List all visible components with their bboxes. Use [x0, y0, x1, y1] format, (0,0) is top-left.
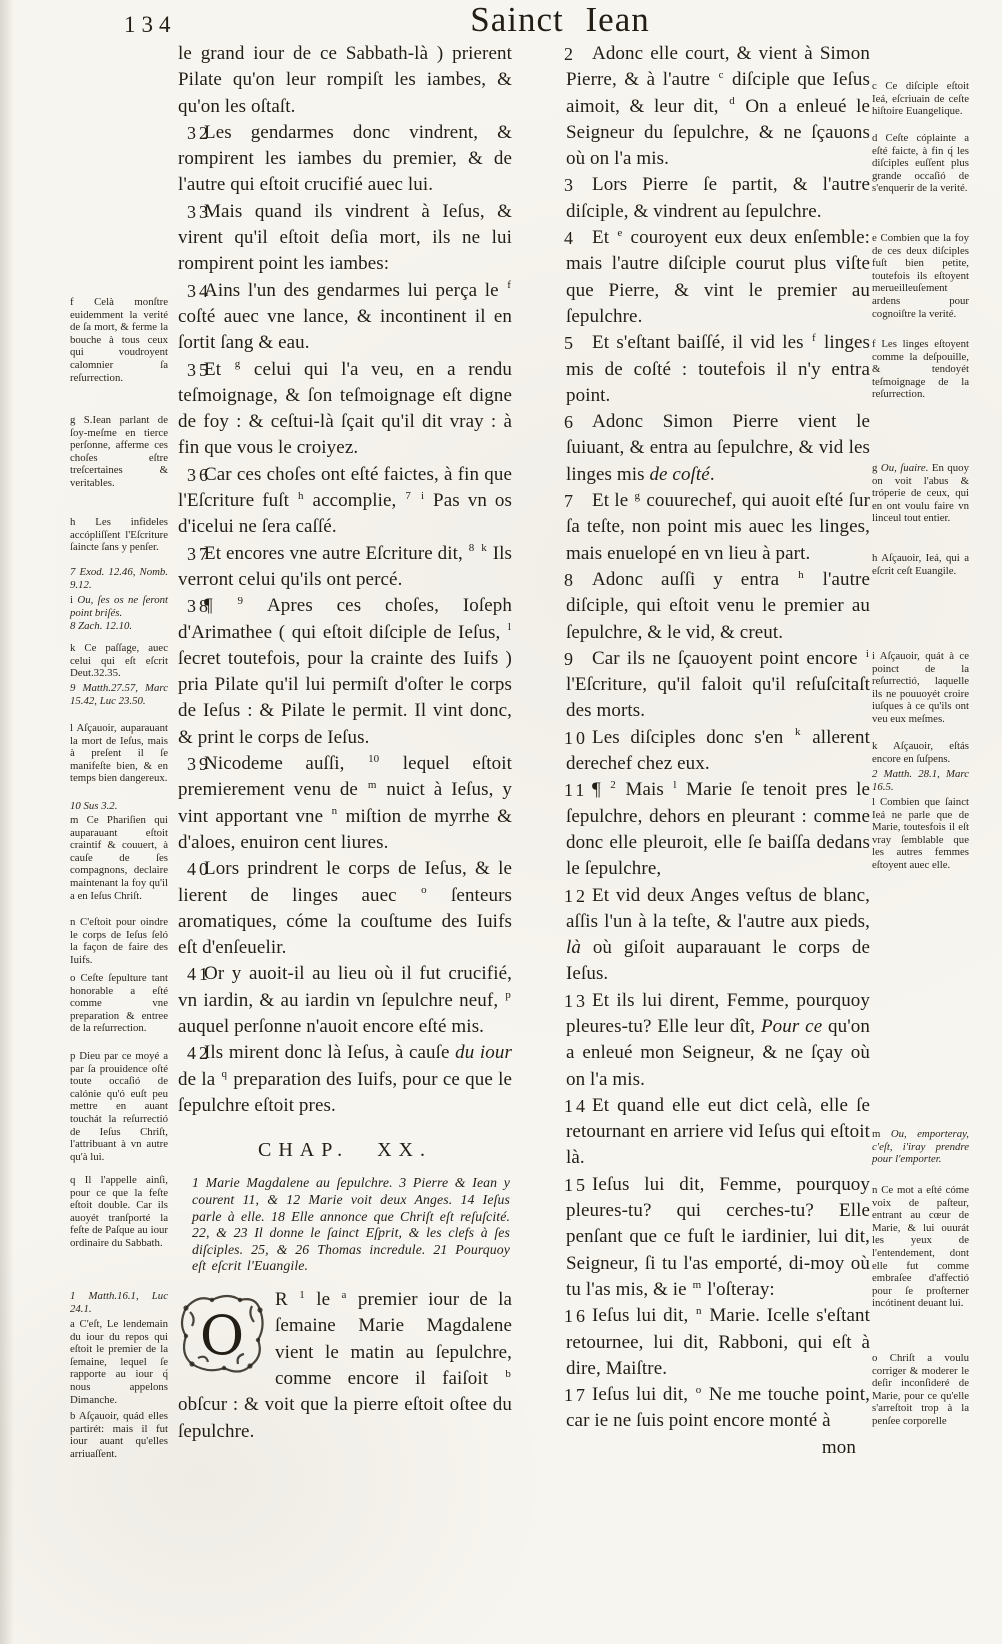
verse-number: 9	[538, 646, 576, 672]
margin-note: l Aſçauoir, auparauant la mort de Ieſus,…	[70, 722, 168, 785]
verse-text: le grand iour de ce Sabbath-là ) prieren…	[178, 43, 512, 117]
margin-note: d Ceſte cóplainte a eſté faicte, à fin q…	[872, 132, 969, 195]
left-margin-notes: f Celà monſtre euidemment la verité de ſ…	[70, 0, 168, 1644]
chapter-argument: 1 Marie Magdalene au ſepulchre. 3 Pierre…	[178, 1175, 512, 1275]
verse-text: Lors prindrent le corps de Ieſus, & le l…	[178, 858, 512, 958]
margin-note: p Dieu par ce moyé a par ſa prouidence o…	[70, 1050, 168, 1163]
verse: 40Lors prindrent le corps de Ieſus, & le…	[178, 856, 512, 961]
verse-text: Les gendarmes donc vindrent, & rompirent…	[178, 122, 512, 196]
verse-number: 2	[538, 41, 576, 67]
verse-number: 36	[161, 462, 211, 488]
margin-note: b Aſçauoir, quád elles partirét: mais il…	[70, 1410, 168, 1460]
verse: 16Ieſus lui dit, n Marie. Icelle s'eſtan…	[566, 1303, 870, 1382]
verse: 41Or y auoit-il au lieu où il fut crucif…	[178, 961, 512, 1040]
verse: 36Car ces choſes ont eſté faictes, à fin…	[178, 462, 512, 541]
verse-number: 10	[538, 725, 588, 751]
verse-number: 4	[538, 225, 576, 251]
margin-note: g Ou, ſuaire. En quoy on voit l'abus & t…	[872, 462, 969, 525]
drop-cap-woodcut: O	[178, 1292, 266, 1376]
verse: 35Et g celui qui l'a veu, en a rendu teſ…	[178, 357, 512, 462]
margin-note: n C'eſtoit pour oindre le corps de Ieſus…	[70, 916, 168, 966]
margin-note: g S.Iean parlant de ſoy-meſme en tierce …	[70, 414, 168, 490]
verse: 6Adonc Simon Pierre vient le ſuiuant, & …	[566, 409, 870, 488]
margin-note: 7 Exod. 12.46, Nomb. 9.12.	[70, 566, 168, 591]
verse-text: Nicodeme auſſi, 10 lequel eſtoit premier…	[178, 753, 512, 853]
verse: 14Et quand elle eut dict celà, elle ſe r…	[566, 1093, 870, 1172]
verse-text: Et ils lui dirent, Femme, pourquoy pleur…	[566, 990, 870, 1090]
verse-text: Et le g couurechef, qui auoit eſté ſur ſ…	[566, 490, 870, 564]
margin-note: c Ce diſciple eſtoit Ieá, eſcriuain de c…	[872, 80, 969, 118]
margin-note: 1 Matth.16.1, Luc 24.1.	[70, 1290, 168, 1315]
verse-number: 6	[538, 409, 576, 435]
verse-text: Ieſus lui dit, Femme, pourquoy pleures-t…	[566, 1174, 870, 1300]
verse: 7Et le g couurechef, qui auoit eſté ſur …	[566, 488, 870, 567]
margin-note: k Aſçauoir, eſtás encore en ſuſpens.	[872, 740, 969, 765]
column-right: 2Adonc elle court, & vient à Simon Pierr…	[566, 41, 870, 1461]
verse: 12Et vid deux Anges veſtus de blanc, aſſ…	[566, 883, 870, 988]
margin-note: 9 Matth.27.57, Marc 15.42, Luc 23.50.	[70, 682, 168, 707]
right-margin-notes: c Ce diſciple eſtoit Ieá, eſcriuain de c…	[872, 0, 969, 1644]
verse-number: 14	[538, 1093, 588, 1119]
verse-number: 15	[538, 1172, 588, 1198]
verse-text: Et vid deux Anges veſtus de blanc, aſſis…	[566, 885, 870, 985]
verse-number: 37	[161, 541, 211, 567]
verse-number: 17	[538, 1382, 588, 1408]
verse: 4Et e couroyent eux deux enſemble: mais …	[566, 225, 870, 330]
verse-text: Car ils ne ſçauoyent point encore i l'Eſ…	[566, 648, 870, 722]
verse-number: 3	[538, 172, 576, 198]
verse-number: 8	[538, 567, 576, 593]
drop-cap-initial: O	[200, 1304, 244, 1367]
right-verses: 2Adonc elle court, & vient à Simon Pierr…	[566, 41, 870, 1435]
verse-number: 39	[161, 751, 211, 777]
verse: 2Adonc elle court, & vient à Simon Pierr…	[566, 41, 870, 172]
margin-note: k Ce paſſage, auec celui qui eſt eſcrit …	[70, 642, 168, 680]
verse-text: Lors Pierre ſe partit, & l'autre diſcipl…	[566, 174, 870, 221]
verse: 5Et s'eſtant baiſſé, il vid les f linges…	[566, 330, 870, 409]
margin-note: i Ou, ſes os ne ſeront point briſés.	[70, 594, 168, 619]
verse: 13Et ils lui dirent, Femme, pourquoy ple…	[566, 988, 870, 1093]
verse-text: Ains l'un des gendarmes lui perça le f c…	[178, 280, 512, 354]
margin-note: a C'eſt, Le lendemain du iour du repos q…	[70, 1318, 168, 1406]
verse-text: Et g celui qui l'a veu, en a rendu teſmo…	[178, 359, 512, 459]
verse: 42Ils mirent donc là Ieſus, à cauſe du i…	[178, 1040, 512, 1119]
verse-number: 42	[161, 1040, 211, 1066]
margin-note: l Combien que ſainct Ieá ne parle que de…	[872, 796, 969, 872]
verse-number: 12	[538, 883, 588, 909]
verse-text: Et encores vne autre Eſcriture dit, 8 k …	[178, 543, 512, 590]
verse: 11¶ 2 Mais l Marie ſe tenoit pres le ſep…	[566, 777, 870, 882]
verse: 39Nicodeme auſſi, 10 lequel eſtoit premi…	[178, 751, 512, 856]
margin-note: f Les linges eſtoyent comme la deſpouill…	[872, 338, 969, 401]
margin-note: 8 Zach. 12.10.	[70, 620, 168, 633]
verse: 33Mais quand ils vindrent à Ieſus, & vir…	[178, 199, 512, 278]
verse: 15Ieſus lui dit, Femme, pourquoy pleures…	[566, 1172, 870, 1303]
verse-text: Adonc auſſi y entra h l'autre diſciple, …	[566, 569, 870, 643]
verse-number: 35	[161, 357, 211, 383]
verse: 32Les gendarmes donc vindrent, & rompire…	[178, 120, 512, 199]
margin-note: h Aſçauoir, Ieá, qui a eſcrit ceſt Euang…	[872, 552, 969, 577]
margin-note: i Aſçauoir, quát à ce poinct de la reſur…	[872, 650, 969, 726]
verse-text: Ieſus lui dit, n Marie. Icelle s'eſtant …	[566, 1305, 870, 1379]
verse-number: 5	[538, 330, 576, 356]
left-verses: le grand iour de ce Sabbath-là ) prieren…	[178, 41, 512, 1119]
verse-text: Ils mirent donc là Ieſus, à cauſe du iou…	[178, 1042, 512, 1116]
verse-text: ¶ 9 Apres ces choſes, Ioſeph d'Arimathee…	[178, 595, 512, 747]
verse-text: Adonc elle court, & vient à Simon Pierre…	[566, 43, 870, 169]
verse-number: 34	[161, 278, 211, 304]
margin-note: o Ceſte ſepulture tant honorable a eſté …	[70, 972, 168, 1035]
verse: 17Ieſus lui dit, o Ne me touche point, c…	[566, 1382, 870, 1435]
running-title: Sainct Iean	[160, 0, 960, 40]
book-page: { "page": { "number": "134", "running_ti…	[0, 0, 1002, 1644]
verse-text: Et s'eſtant baiſſé, il vid les f linges …	[566, 332, 870, 406]
verse-text: Les diſciples donc s'en k allerent derec…	[566, 727, 870, 774]
verse-number: 32	[161, 120, 211, 146]
margin-note: 2 Matth. 28.1, Marc 16.5.	[872, 768, 969, 793]
verse-text: Adonc Simon Pierre vient le ſuiuant, & e…	[566, 411, 870, 485]
verse-text: Car ces choſes ont eſté faictes, à fin q…	[178, 464, 512, 538]
verse: 38¶ 9 Apres ces choſes, Ioſeph d'Arimath…	[178, 593, 512, 751]
verse-number: 40	[161, 856, 211, 882]
margin-note: 10 Sus 3.2.	[70, 800, 168, 813]
verse: 8Adonc auſſi y entra h l'autre diſciple,…	[566, 567, 870, 646]
verse-text: Or y auoit-il au lieu où il fut crucifié…	[178, 963, 512, 1037]
chapter-heading: CHAP. XX.	[178, 1137, 512, 1163]
catchword: mon	[566, 1435, 870, 1461]
verse-number: 38	[161, 593, 211, 619]
verse: 3Lors Pierre ſe partit, & l'autre diſcip…	[566, 172, 870, 225]
margin-note: n Ce mot a eſté cóme voix de paſteur, en…	[872, 1184, 969, 1310]
verse: 37Et encores vne autre Eſcriture dit, 8 …	[178, 541, 512, 594]
verse-text: ¶ 2 Mais l Marie ſe tenoit pres le ſepul…	[566, 779, 870, 879]
incipit-paragraph: O R 1 le a premier iour de la ſemaine Ma…	[178, 1287, 512, 1445]
verse: le grand iour de ce Sabbath-là ) prieren…	[178, 41, 512, 120]
margin-note: m Ou, emporteray, c'eſt, i'iray prendre …	[872, 1128, 969, 1166]
margin-note: q Il l'appelle ainſi, pour ce que la feſ…	[70, 1174, 168, 1250]
margin-note: e Combien que la foy de ces deux diſcipl…	[872, 232, 969, 320]
margin-note: h Les infideles accópliſſent l'Eſcriture…	[70, 516, 168, 554]
column-left: le grand iour de ce Sabbath-là ) prieren…	[178, 41, 512, 1445]
verse-number: 33	[161, 199, 211, 225]
verse-number: 7	[538, 488, 576, 514]
verse-number: 16	[538, 1303, 588, 1329]
verse-text: Ieſus lui dit, o Ne me touche point, car…	[566, 1384, 870, 1431]
verse-text: Et e couroyent eux deux enſemble: mais l…	[566, 227, 870, 327]
verse: 10Les diſciples donc s'en k allerent der…	[566, 725, 870, 778]
margin-note: o Chriſt a voulu corriger & moderer le d…	[872, 1352, 969, 1428]
verse-text: Mais quand ils vindrent à Ieſus, & viren…	[178, 201, 512, 275]
verse: 34Ains l'un des gendarmes lui perça le f…	[178, 278, 512, 357]
margin-note: m Ce Phariſien qui auparauant eſtoit cra…	[70, 814, 168, 902]
verse-number: 11	[538, 777, 587, 803]
verse: 9Car ils ne ſçauoyent point encore i l'E…	[566, 646, 870, 725]
verse-number: 41	[161, 961, 211, 987]
margin-note: f Celà monſtre euidemment la verité de ſ…	[70, 296, 168, 384]
verse-number: 13	[538, 988, 588, 1014]
verse-text: Et quand elle eut dict celà, elle ſe ret…	[566, 1095, 870, 1169]
